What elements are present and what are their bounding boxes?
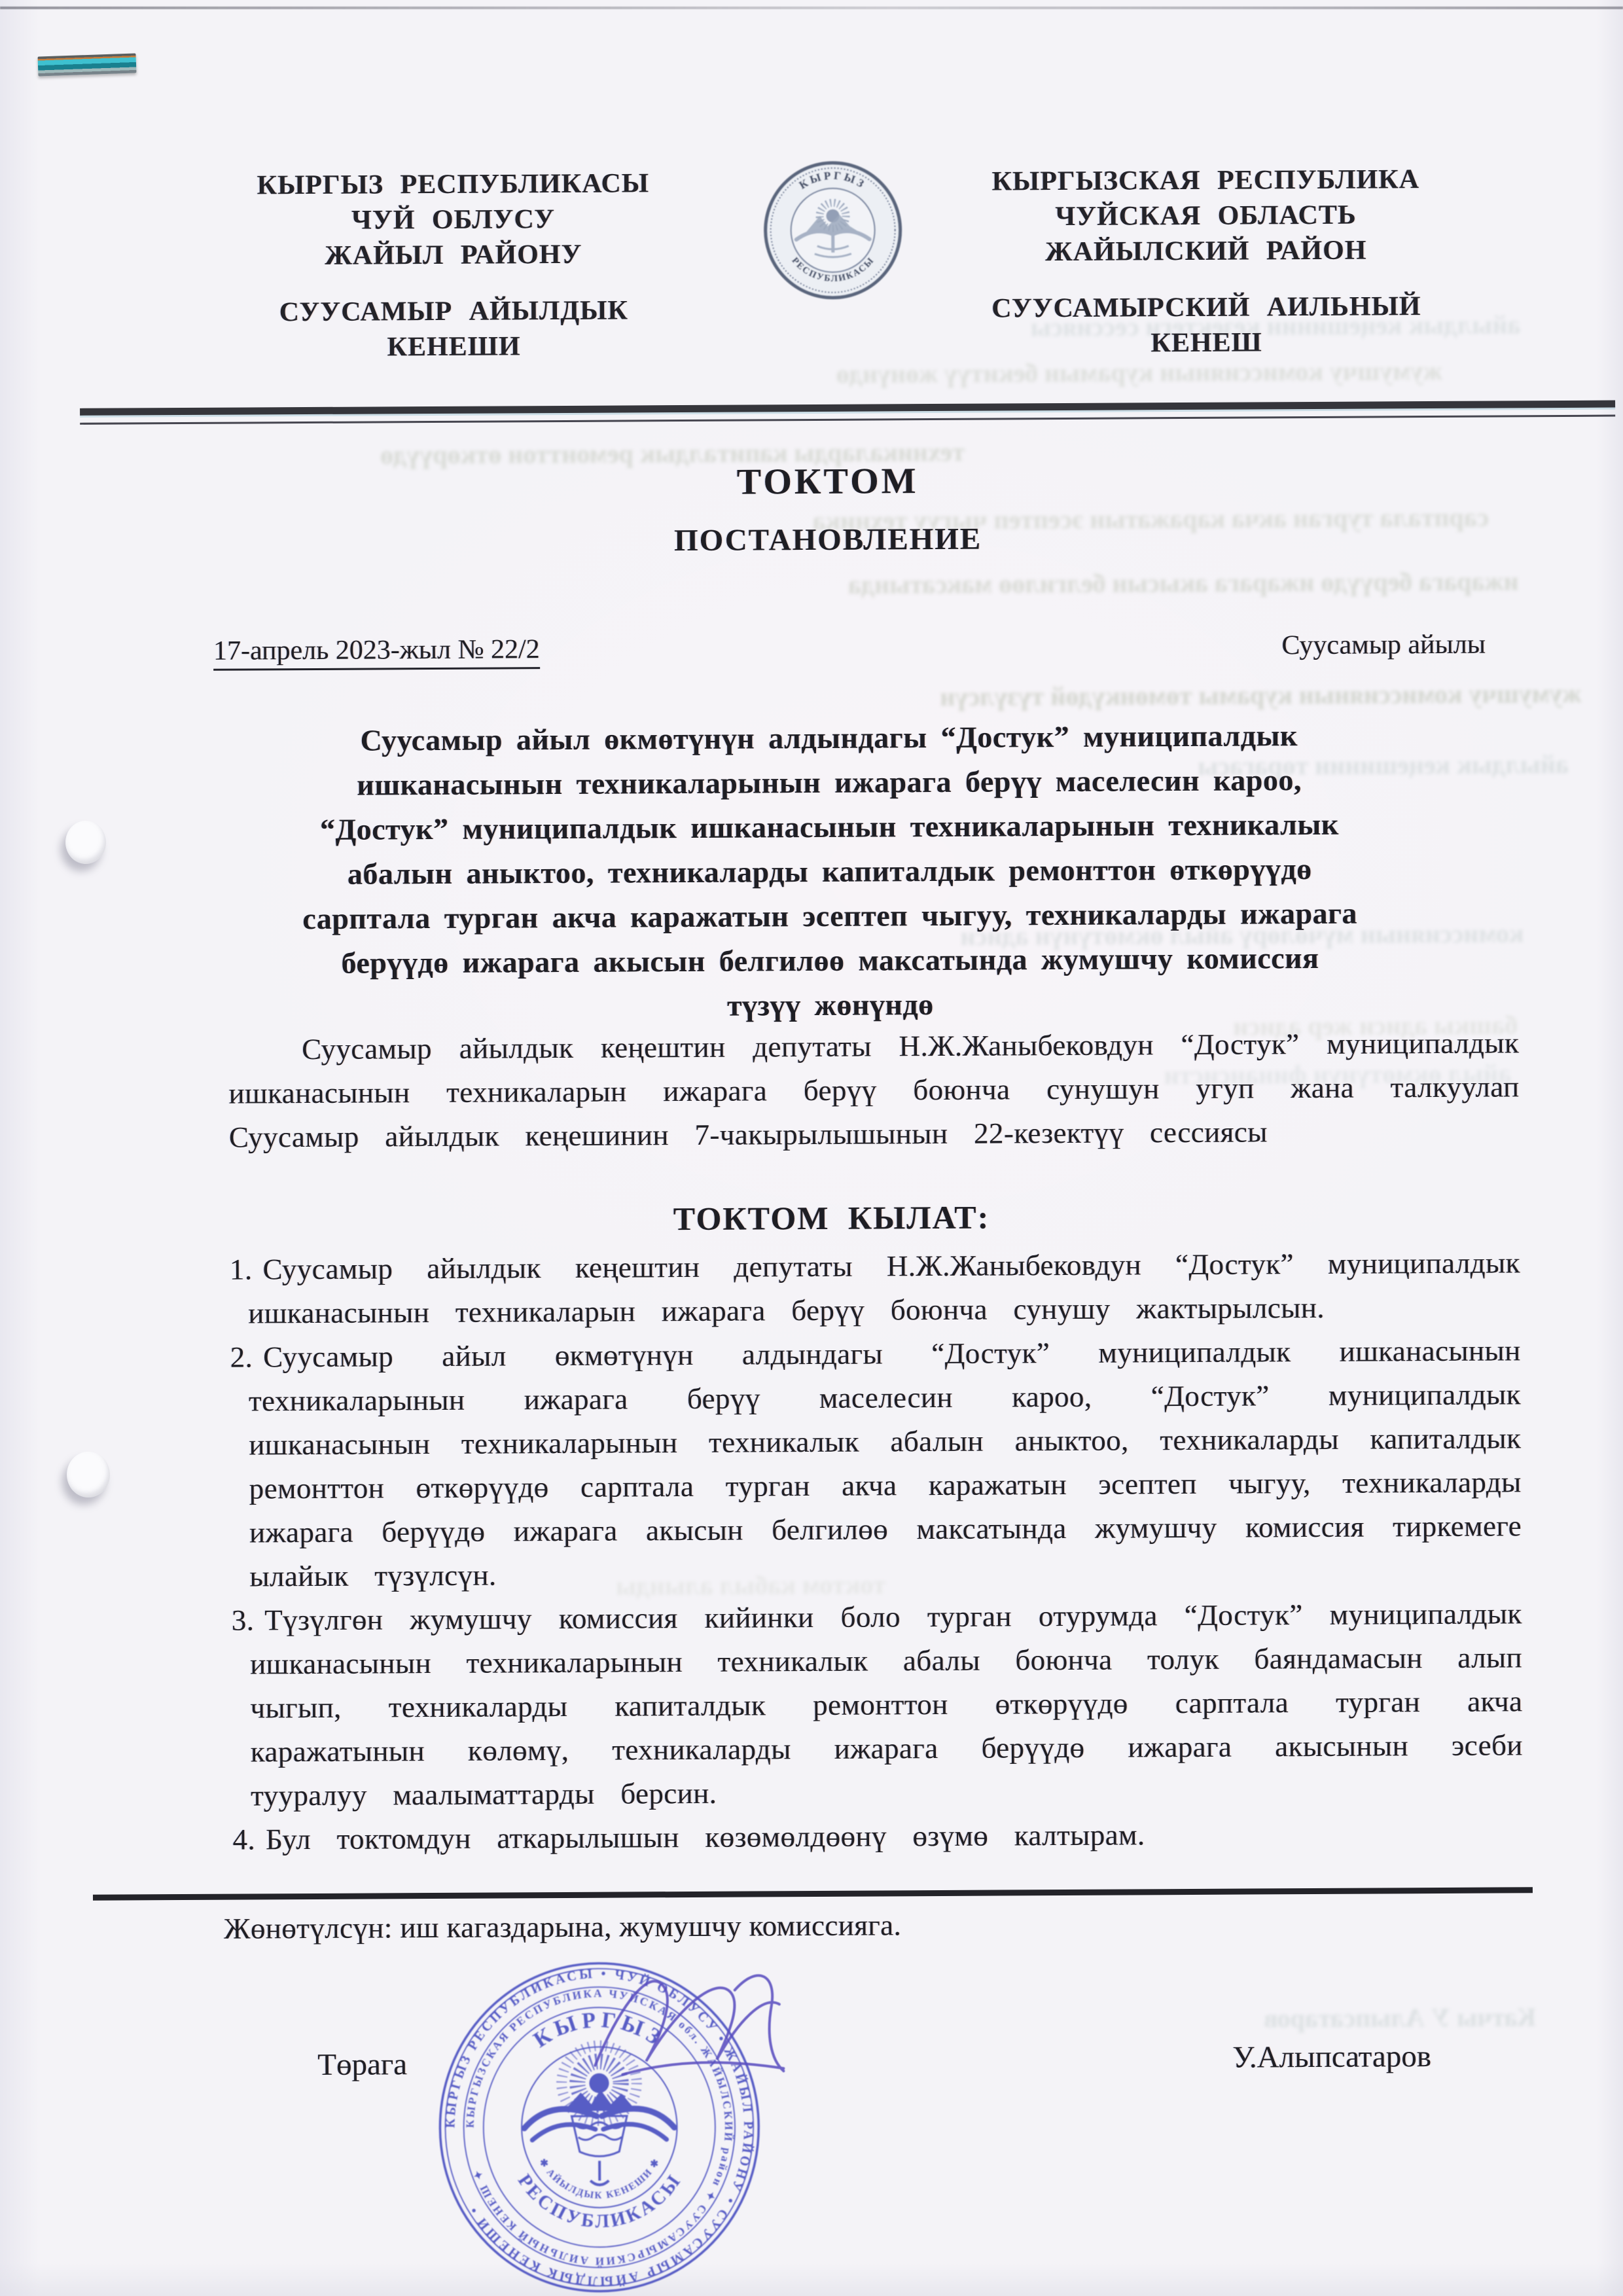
subject-line: берүүдө ижарага акысын белгилөө максатын…: [149, 935, 1510, 986]
resolution-item-3: 3.Түзүлгөн жумушчу комиссия кийинки боло…: [232, 1592, 1524, 1818]
item-number: 3.: [232, 1604, 255, 1636]
document-title-russian: ПОСТАНОВЛЕНИЕ: [147, 518, 1508, 561]
scanned-document: { "colors": { "paper": "#f4f3f7", "ink":…: [0, 0, 1623, 2296]
scan-edge-line: [0, 7, 1623, 9]
bleedthrough-line: ижарага берүүдө ижарага акысын белгилөө …: [151, 565, 1518, 603]
resolution-items: 1.Суусамыр айылдык кеңештин депутаты Н.Ж…: [230, 1241, 1524, 1861]
distribution-note: Жөнөтүлсүн: иш кагаздарына, жумушчу коми…: [224, 1908, 901, 1945]
preamble-paragraph: Суусамыр айылдык кеңештин депутаты Н.Ж.Ж…: [228, 1021, 1520, 1159]
punch-hole: [67, 1452, 110, 1498]
subject-line: сарптала турган акча каражатын эсептеп ч…: [149, 890, 1510, 942]
place-name: Суусамыр айылы: [1281, 629, 1486, 662]
bleedthrough-line: жумушчу комиссиянын курамы төмөнкүдөй тү…: [194, 678, 1581, 716]
item-text: Бул токтомдун аткарылышын көзөмөлдөөнү ө…: [266, 1818, 1145, 1856]
punch-hole: [65, 821, 106, 864]
header-right-line: ЧУЙСКАЯ ОБЛАСТЬ: [898, 196, 1513, 235]
header-left-line: ЧУЙ ОБЛУСУ: [158, 200, 747, 239]
council-name-line: КЕНЕШ: [899, 323, 1514, 362]
date-and-number: 17-апрель 2023-жыл № 22/2: [213, 634, 540, 671]
council-name-line: СУУСАМЫРСКИЙ АИЛЬНЫЙ: [899, 288, 1514, 327]
footer-divider-line: [93, 1887, 1533, 1901]
item-text: Түзүлгөн жумушчу комиссия кийинки боло т…: [250, 1597, 1523, 1812]
item-text: Суусамыр айыл өкмөтүнүн алдындагы “Досту…: [249, 1334, 1522, 1592]
header-left-line: ЖАЙЫЛ РАЙОНУ: [159, 236, 748, 274]
council-name-line: КЕНЕШИ: [159, 327, 748, 366]
council-name-kyrgyz: СУУСАМЫР АЙЫЛДЫК КЕНЕШИ: [159, 292, 749, 366]
header-divider-line-thin: [80, 415, 1615, 425]
council-name-line: СУУСАМЫР АЙЫЛДЫК: [159, 292, 748, 331]
item-number: 2.: [230, 1340, 253, 1373]
item-text: Суусамыр айылдык кеңештин депутаты Н.Ж.Ж…: [248, 1246, 1520, 1329]
handwritten-signature: [582, 1949, 799, 2102]
document-title-kyrgyz: ТОКТОМ: [147, 457, 1508, 506]
subject-line: абалын аныктоо, техникаларды капиталдык …: [149, 846, 1510, 897]
header-left-line: КЫРГЫЗ РЕСПУБЛИКАСЫ: [158, 165, 747, 204]
document-content: айылдык кеңешинин кезектеги сессиясы жум…: [0, 0, 1623, 2296]
subject-line: ишканасынын техникаларынын ижарага берүү…: [149, 757, 1510, 808]
subject-line: “Достук” муниципалдык ишканасынын техник…: [149, 801, 1510, 853]
subject-paragraph: Суусамыр айыл өкмөтүнүн алдындагы “Досту…: [149, 712, 1511, 1031]
official-title: Төрага: [317, 2047, 407, 2083]
header-right-line: ЖАЙЫЛСКИЙ РАЙОН: [899, 232, 1514, 270]
scan-color-mark: [38, 53, 137, 76]
resolution-item-1: 1.Суусамыр айылдык кеңештин депутаты Н.Ж…: [230, 1241, 1521, 1335]
header-right-russian: КЫРГЫЗСКАЯ РЕСПУБЛИКА ЧУЙСКАЯ ОБЛАСТЬ ЖА…: [898, 161, 1514, 362]
resolution-item-2: 2.Суусамыр айыл өкмөтүнүн алдындагы “Дос…: [230, 1329, 1522, 1598]
header-left-kyrgyz: КЫРГЫЗ РЕСПУБЛИКАСЫ ЧУЙ ОБЛУСУ ЖАЙЫЛ РАЙ…: [158, 165, 749, 366]
header-divider-line: [80, 401, 1615, 416]
official-name: У.Алыпсатаров: [1232, 2039, 1431, 2075]
resolution-item-4: 4.Бул токтомдун аткарылышын көзөмөлдөөнү…: [232, 1811, 1523, 1861]
header-right-line: КЫРГЫЗСКАЯ РЕСПУБЛИКА: [898, 161, 1513, 200]
subject-line: Суусамыр айыл өкмөтүнүн алдындагы “Досту…: [149, 712, 1510, 764]
resolution-heading: ТОКТОМ КЫЛАТ:: [151, 1195, 1512, 1240]
kyrgyz-state-emblem-icon: КЫРГЫЗ РЕСПУБЛИКАСЫ: [762, 159, 904, 301]
item-number: 4.: [232, 1823, 255, 1856]
item-number: 1.: [230, 1253, 253, 1285]
council-name-russian: СУУСАМЫРСКИЙ АИЛЬНЫЙ КЕНЕШ: [899, 288, 1514, 362]
date-number-text: 17-апрель 2023-жыл № 22/2: [213, 634, 540, 671]
